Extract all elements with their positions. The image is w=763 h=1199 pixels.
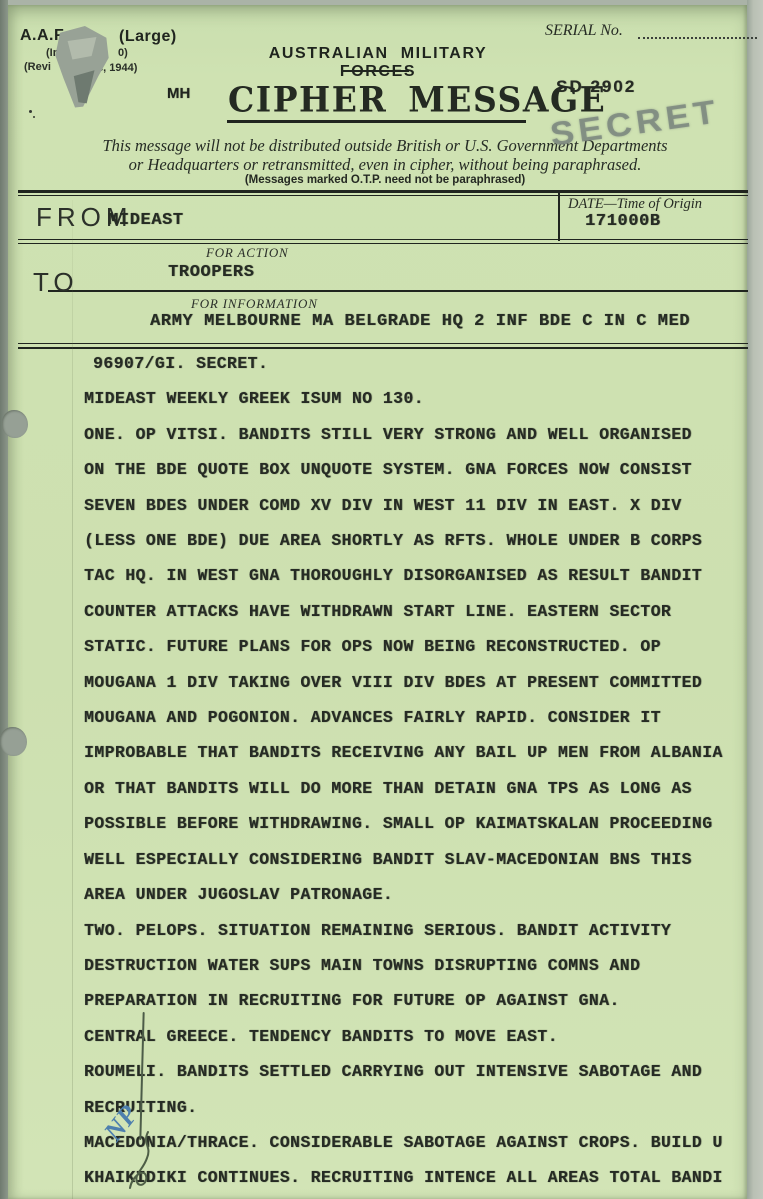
for-action-label: FOR ACTION [206, 245, 289, 261]
message-line: ONE. OP VITSI. BANDITS STILL VERY STRONG… [84, 417, 723, 452]
message-line: ROUMELI. BANDITS SETTLED CARRYING OUT IN… [84, 1054, 723, 1089]
mh-mark: MH [167, 85, 190, 102]
serial-blank-line [638, 36, 757, 39]
message-line: STATIC. FUTURE PLANS FOR OPS NOW BEING R… [84, 629, 723, 664]
table-rule-from-b [18, 243, 748, 244]
message-line: KHAIKIDIKI CONTINUES. RECRUITING INTENCE… [84, 1160, 723, 1195]
message-line: IMPROBABLE THAT BANDITS RECEIVING ANY BA… [84, 735, 723, 770]
sd-number: SD 2902 [556, 77, 636, 97]
form-code-line2-left: (Ir [46, 47, 57, 59]
form-code-line3-left: (Revi [24, 61, 51, 73]
doc-title: CIPHER MESSAGE [228, 79, 606, 120]
message-line: PREPARATION IN RECRUITING FOR FUTURE OP … [84, 983, 723, 1018]
notice-line2: or Headquarters or retransmitted, even i… [35, 155, 735, 175]
date-value: 171000B [585, 212, 661, 231]
from-value: MIDEAST [108, 211, 184, 230]
action-value: TROOPERS [168, 263, 254, 282]
date-label: DATE—Time of Origin [568, 196, 702, 213]
scan-left-edge [0, 0, 8, 1199]
margin-signature-squiggle [122, 1130, 170, 1194]
info-value: ARMY MELBOURNE MA BELGRADE HQ 2 INF BDE … [150, 312, 690, 331]
message-line: AREA UNDER JUGOSLAV PATRONAGE. [84, 877, 723, 912]
form-code-line2-right: 0) [118, 47, 128, 59]
message-line: ON THE BDE QUOTE BOX UNQUOTE SYSTEM. GNA… [84, 452, 723, 487]
message-line: DESTRUCTION WATER SUPS MAIN TOWNS DISRUP… [84, 948, 723, 983]
table-rule-from-a [18, 239, 748, 240]
table-rule-bottom-a [18, 343, 748, 344]
serial-label: SERIAL No. [545, 22, 623, 40]
message-line: MOUGANA 1 DIV TAKING OVER VIII DIV BDES … [84, 665, 723, 700]
message-line: POSSIBLE BEFORE WITHDRAWING. SMALL OP KA… [84, 806, 723, 841]
message-line: MOUGANA AND POGONION. ADVANCES FAIRLY RA… [84, 700, 723, 735]
message-line: MIDEAST WEEKLY GREEK ISUM NO 130. [84, 381, 723, 416]
message-body: 96907/GI. SECRET.MIDEAST WEEKLY GREEK IS… [84, 346, 723, 1196]
scan-right-edge [747, 0, 763, 1199]
org-title-rule [341, 70, 409, 72]
notice-line3: (Messages marked O.T.P. need not be para… [35, 174, 735, 186]
to-underline [48, 290, 748, 292]
message-line: RECRUITING. [84, 1090, 723, 1125]
message-line: (LESS ONE BDE) DUE AREA SHORTLY AS RFTS.… [84, 523, 723, 558]
table-divider-vertical [558, 191, 560, 241]
form-code-size: (Large) [119, 28, 177, 46]
doc-title-rule [227, 120, 526, 123]
org-title: AUSTRALIAN MILITARY FORCES [228, 45, 528, 81]
message-line: TWO. PELOPS. SITUATION REMAINING SERIOUS… [84, 913, 723, 948]
message-line: SEVEN BDES UNDER COMD XV DIV IN WEST 11 … [84, 488, 723, 523]
message-line: 96907/GI. SECRET. [84, 346, 723, 381]
for-info-label: FOR INFORMATION [191, 296, 318, 312]
message-line: WELL ESPECIALLY CONSIDERING BANDIT SLAV-… [84, 842, 723, 877]
message-line: TAC HQ. IN WEST GNA THOROUGHLY DISORGANI… [84, 558, 723, 593]
table-rule-top-a [18, 190, 748, 193]
ink-speck [33, 116, 35, 118]
paper-crease [72, 200, 73, 1199]
punch-hole-top [2, 410, 28, 438]
message-line: COUNTER ATTACKS HAVE WITHDRAWN START LIN… [84, 594, 723, 629]
scanned-cipher-message: A.A.F. C (Large) (Ir 0) (Revi s, 1944) S… [0, 0, 763, 1199]
message-line: CENTRAL GREECE. TENDENCY BANDITS TO MOVE… [84, 1019, 723, 1054]
punch-hole-bottom [0, 727, 27, 756]
message-line: OR THAT BANDITS WILL DO MORE THAN DETAIN… [84, 771, 723, 806]
ink-speck [29, 110, 32, 113]
message-line: MACEDONIA/THRACE. CONSIDERABLE SABOTAGE … [84, 1125, 723, 1160]
